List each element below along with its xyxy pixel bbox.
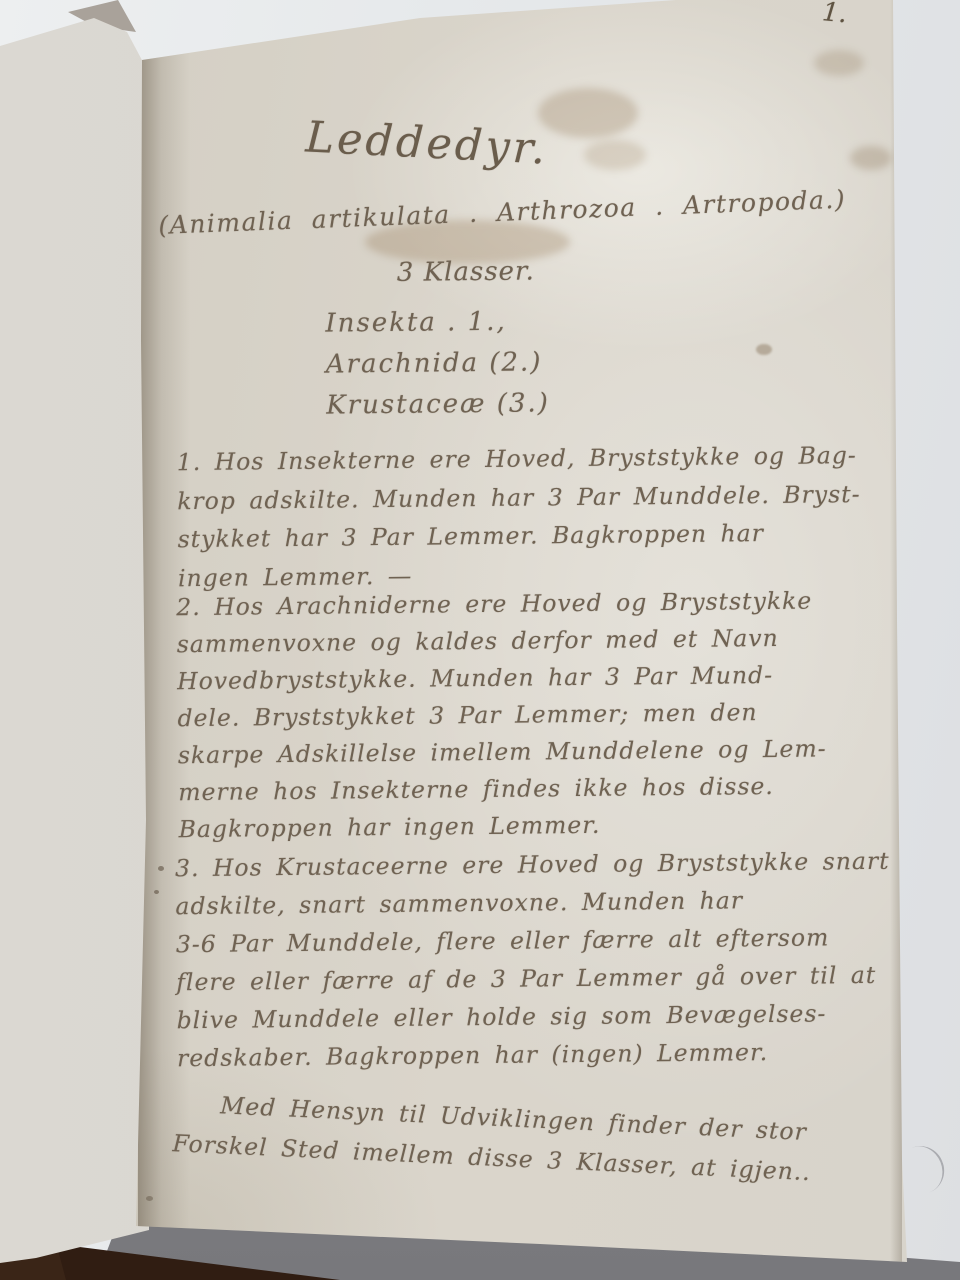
text-line: merne hos Insekterne findes ikke hos dis… — [178, 767, 827, 811]
class-item-krustacea: Krustaceæ (3.) — [326, 383, 550, 426]
text-line: redskaber. Bagkroppen har (ingen) Lemmer… — [177, 1032, 892, 1077]
paragraph-2: 2. Hos Arachniderne ere Hoved og Brystst… — [176, 582, 827, 848]
class-item-insekta: Insekta . 1., — [325, 301, 549, 344]
text-line: 1. Hos Insekterne ere Hoved, Bryststykke… — [177, 436, 861, 482]
page-number: 1. — [821, 0, 849, 29]
text-line: blive Munddele eller holde sig som Bevæg… — [176, 994, 891, 1039]
book-photograph: 1. Leddedyr. (Animalia artikulata . Arth… — [0, 0, 960, 1280]
paragraph-4: Med Hensyn til Udviklingen finder der st… — [172, 1083, 814, 1192]
paragraph-1: 1. Hos Insekterne ere Hoved, Bryststykke… — [177, 436, 862, 598]
text-line: Bagkroppen har ingen Lemmer. — [178, 804, 827, 848]
text-line: 3. Hos Krustaceerne ere Hoved og Brystst… — [175, 842, 890, 887]
manuscript-subtitle: (Animalia artikulata . Arthrozoa . Artro… — [158, 185, 847, 240]
class-list: Insekta . 1., Arachnida (2.) Krustaceæ (… — [325, 301, 550, 426]
text-line: stykket har 3 Par Lemmer. Bagkroppen har — [177, 513, 861, 559]
class-item-arachnida: Arachnida (2.) — [326, 342, 550, 385]
classes-heading: 3 Klasser. — [397, 256, 535, 287]
manuscript-title: Leddedyr. — [304, 112, 549, 174]
paragraph-3: 3. Hos Krustaceerne ere Hoved og Brystst… — [175, 842, 892, 1077]
